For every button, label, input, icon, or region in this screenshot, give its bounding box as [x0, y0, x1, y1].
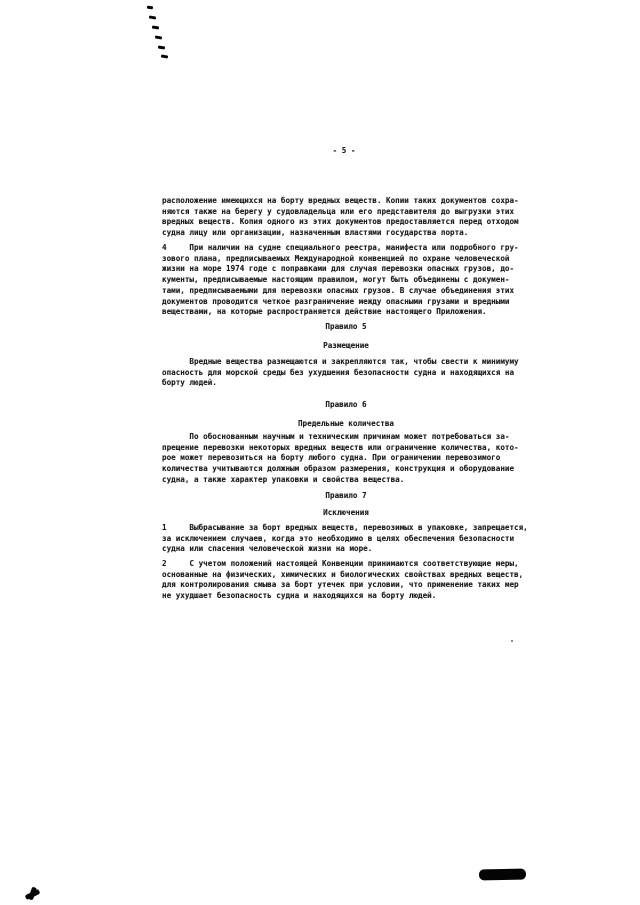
- scan-artifact-speck: [511, 640, 513, 642]
- paragraph-line: судна, а также характер упаковки и свойс…: [162, 475, 530, 486]
- document-paragraph: Вредные вещества размещаются и закрепляю…: [162, 357, 530, 389]
- document-heading: Правило 7: [162, 491, 530, 502]
- paragraph-line: Вредные вещества размещаются и закрепляю…: [162, 357, 530, 368]
- document-paragraph: 2 С учетом положений настоящей Конвенции…: [162, 559, 530, 602]
- paragraph-line: опасность для морской среды без ухудшени…: [162, 368, 530, 379]
- document-heading: Правило 5: [162, 322, 530, 333]
- paragraph-line: для контролирования смыва за борт утечек…: [162, 580, 530, 591]
- document-paragraph: 4 При наличии на судне специального реес…: [162, 243, 530, 318]
- document-paragraph: расположение имеющихся на борту вредных …: [162, 196, 530, 239]
- paragraph-line: кументы, предписываемые настоящим правил…: [162, 275, 530, 286]
- paragraph-line: По обоснованным научным и техническим пр…: [162, 432, 530, 443]
- paragraph-line: основанные на физических, химических и б…: [162, 570, 530, 581]
- paragraph-line: зового плана, предписываемых Международн…: [162, 254, 530, 265]
- paragraph-line: 4 При наличии на судне специального реес…: [162, 243, 530, 254]
- paragraph-line: рое может перевозиться на борту любого с…: [162, 453, 530, 464]
- scan-artifact-dash: [155, 35, 162, 39]
- text-block: расположение имеющихся на борту вредных …: [162, 0, 530, 905]
- scanned-page: - 5 - расположение имеющихся на борту вр…: [0, 0, 640, 905]
- scan-artifact-bottom-bar: [479, 869, 526, 881]
- paragraph-line: прещение перевозки некоторых вредных вещ…: [162, 443, 530, 454]
- paragraph-line: веществами, на которые распространяется …: [162, 307, 530, 318]
- paragraph-line: тами, предписываемыми для перевозки опас…: [162, 286, 530, 297]
- document-heading: Предельные количества: [162, 419, 530, 430]
- paragraph-line: жизни на море 1974 годе с поправками для…: [162, 264, 530, 275]
- scan-artifact-bottom-left-blob: [25, 886, 42, 902]
- document-heading: Размещение: [162, 341, 530, 352]
- paragraph-line: 1 Выбрасывание за борт вредных веществ, …: [162, 523, 530, 534]
- scan-artifact-dash: [149, 15, 156, 19]
- paragraph-line: не ухудшает безопасность судна и находящ…: [162, 591, 530, 602]
- scan-artifact-dash: [147, 6, 153, 10]
- document-paragraph: 1 Выбрасывание за борт вредных веществ, …: [162, 523, 530, 555]
- paragraph-line: судна или спасения человеческой жизни на…: [162, 544, 530, 555]
- paragraph-line: борту людей.: [162, 378, 530, 389]
- paragraph-line: за исключением случаев, когда это необхо…: [162, 534, 530, 545]
- scan-artifact-dash: [158, 46, 165, 50]
- paragraph-line: количества учитываются должным образом р…: [162, 464, 530, 475]
- paragraph-line: 2 С учетом положений настоящей Конвенции…: [162, 559, 530, 570]
- scan-artifact-dash: [152, 26, 159, 30]
- paragraph-line: документов проводится четкое разграничен…: [162, 297, 530, 308]
- paragraph-line: вредных веществ. Копия одного из этих до…: [162, 217, 530, 228]
- document-paragraph: По обоснованным научным и техническим пр…: [162, 432, 530, 486]
- document-heading: Правило 6: [162, 400, 530, 411]
- paragraph-line: судна лицу или организации, назначенным …: [162, 228, 530, 239]
- paragraph-line: расположение имеющихся на борту вредных …: [162, 196, 530, 207]
- paragraph-line: няются также на берегу у судовладельца и…: [162, 207, 530, 218]
- document-heading: Исключения: [162, 508, 530, 519]
